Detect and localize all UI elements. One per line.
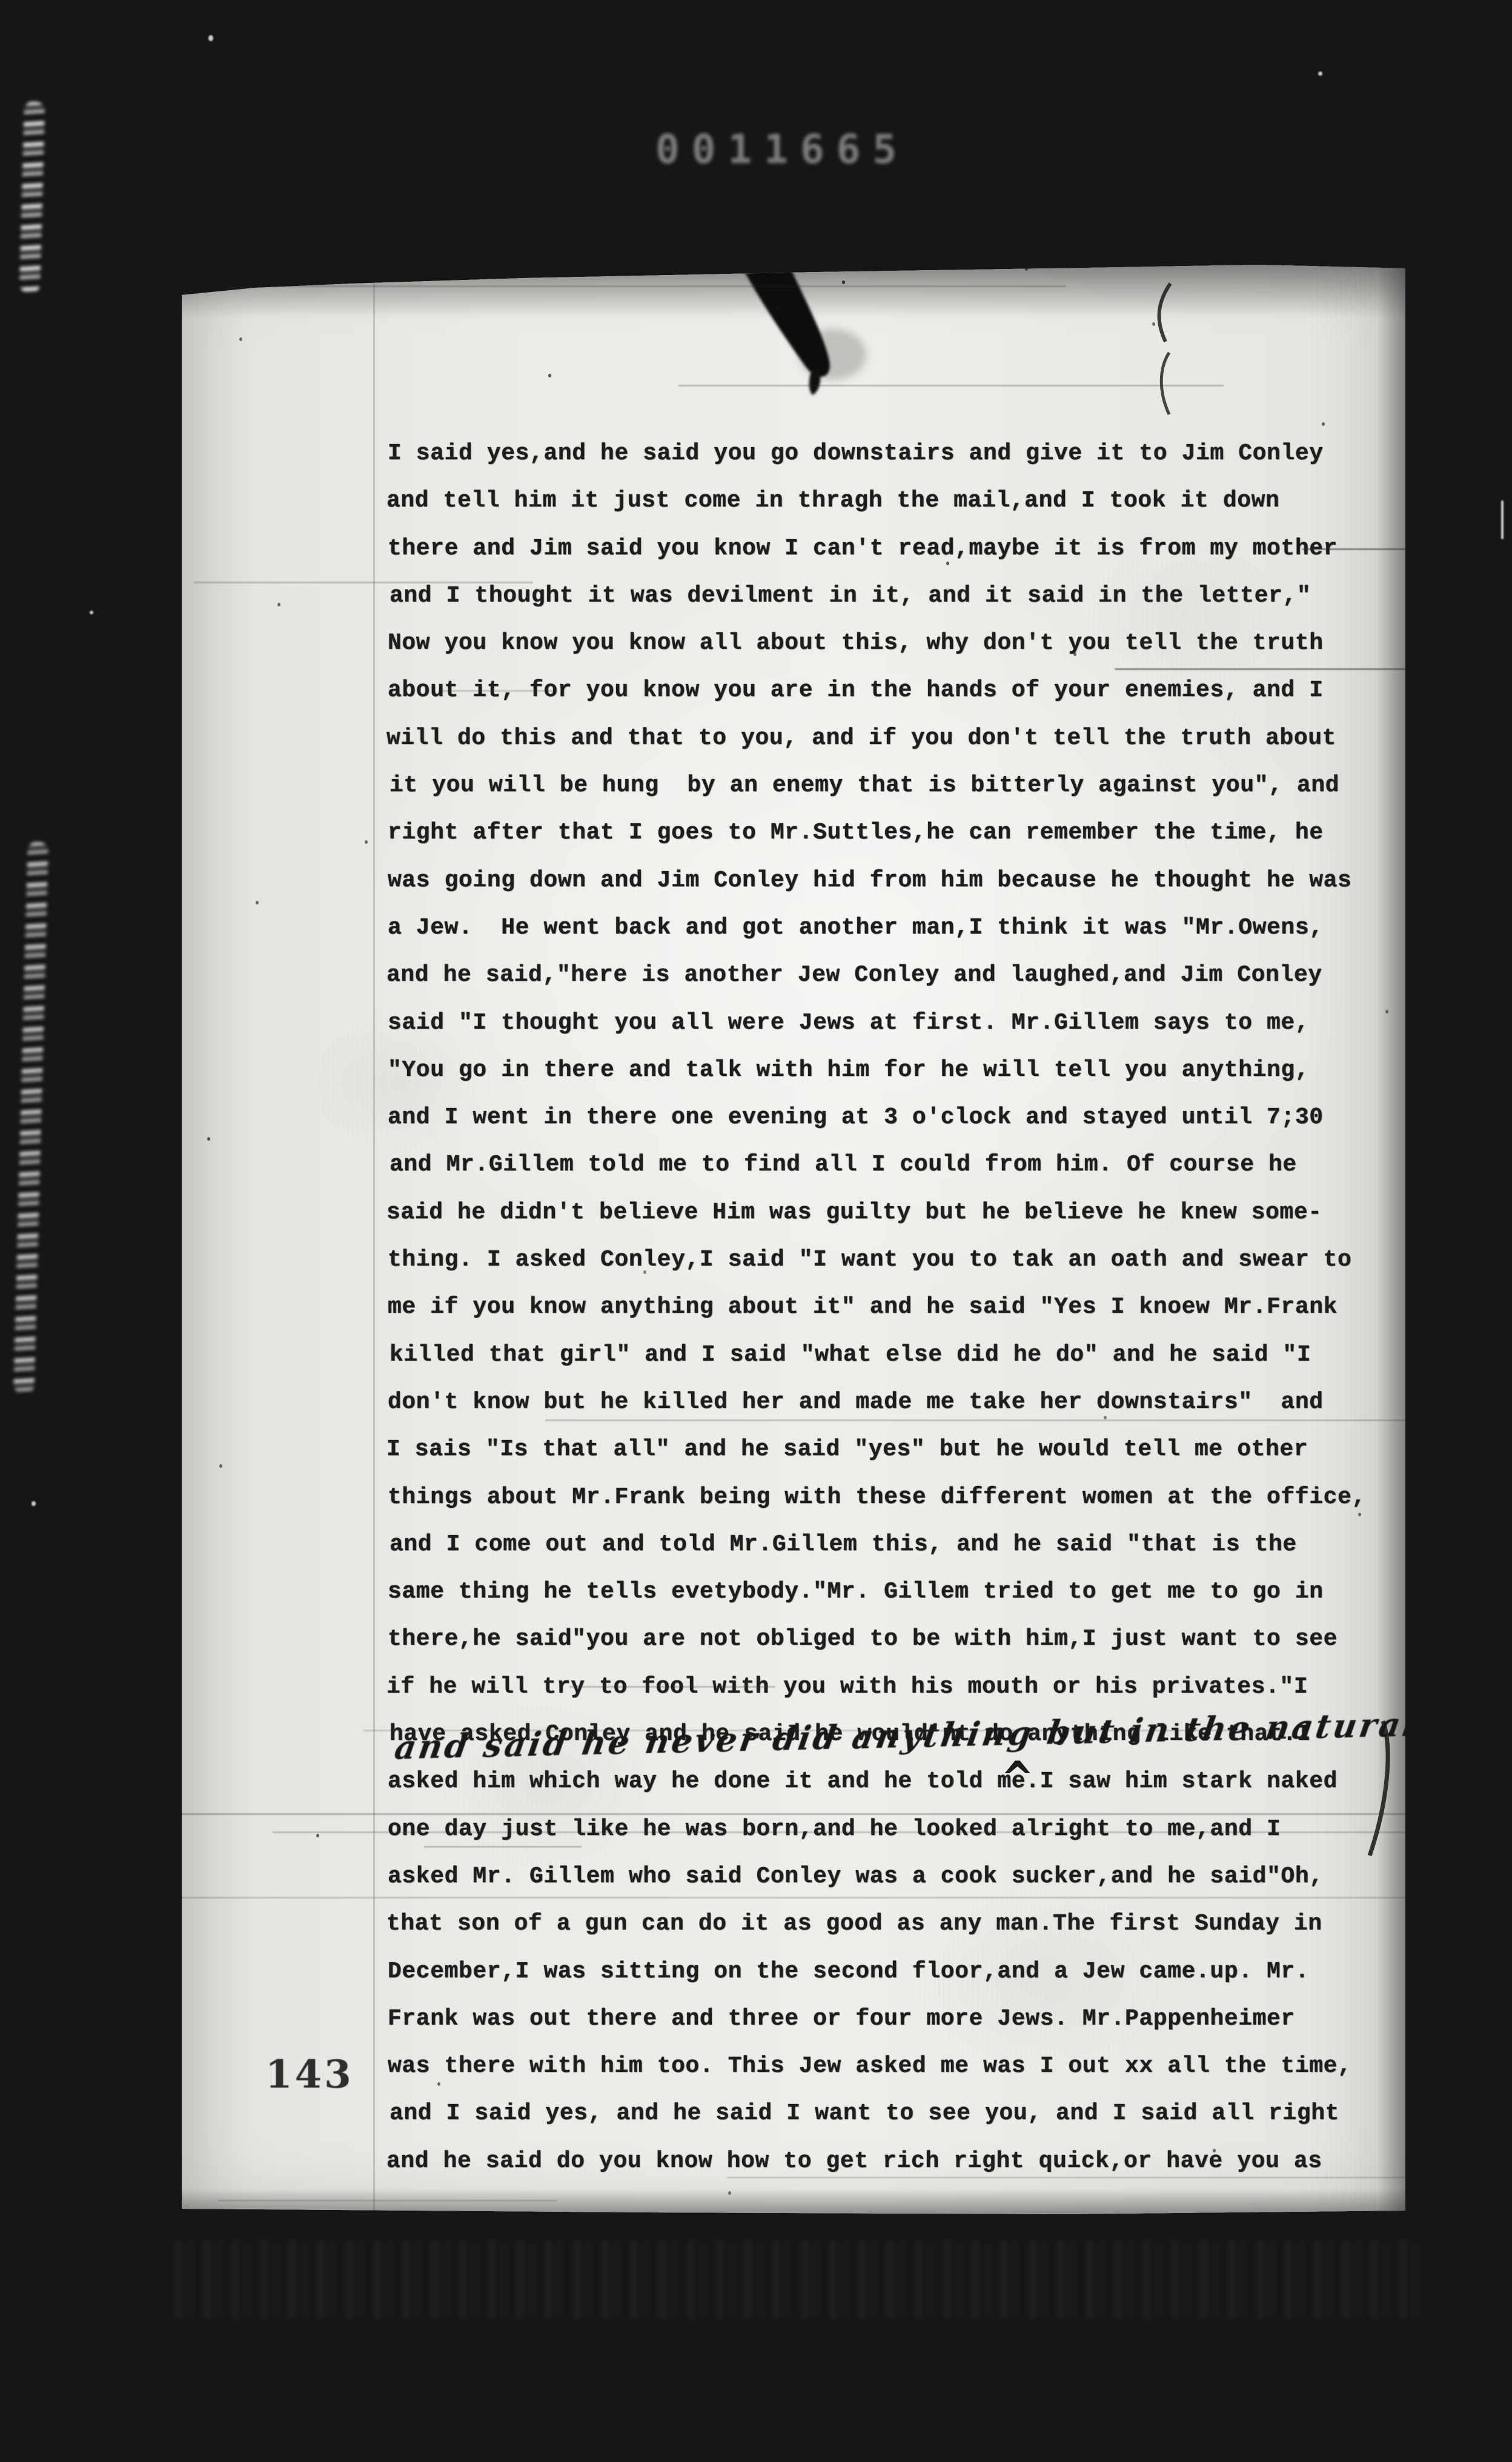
scratch-line — [545, 1419, 1405, 1421]
typed-line: a Jew. He went back and got another man,… — [388, 904, 1405, 952]
typed-line: asked him which way he done it and he to… — [388, 1758, 1405, 1805]
film-speck — [90, 611, 93, 614]
insertion-caret-mark: ^ — [1001, 1751, 1034, 1805]
document-page: I said yes,and he said you go downstairs… — [182, 264, 1405, 2214]
typed-line: Now you know you know all about this, wh… — [388, 620, 1405, 667]
typed-line: and tell him it just come in thragh the … — [386, 477, 1404, 525]
handwriting-flourish — [1330, 1717, 1396, 1863]
film-speck — [208, 35, 213, 41]
typed-text-block: I said yes,and he said you go downstairs… — [388, 430, 1405, 2185]
typed-line: "You go in there and talk with him for h… — [388, 1047, 1405, 1094]
ghost-text-band — [176, 2240, 1424, 2319]
typed-line: was going down and Jim Conley hid from h… — [388, 857, 1405, 904]
film-edge-writing-mark — [19, 102, 45, 293]
underline-mark — [569, 1686, 775, 1688]
scratch-line — [442, 690, 557, 692]
typed-line: and I thought it was devilment in it, an… — [390, 572, 1407, 620]
typed-line: right after that I goes to Mr.Suttles,he… — [388, 809, 1405, 857]
typed-line: things about Mr.Frank being with these d… — [388, 1474, 1405, 1521]
paper-specks — [182, 264, 185, 267]
scratch-line — [194, 582, 533, 583]
microfilm-scan-frame: 0011665 I said yes,and he said you go do… — [0, 0, 1512, 2462]
typed-line: me if you know anything about it" and he… — [388, 1284, 1405, 1331]
page-number: 143 — [265, 2052, 354, 2097]
film-edge-writing-mark — [13, 842, 48, 1394]
scratch-line — [363, 1730, 1284, 1731]
scratch-line — [678, 385, 1224, 387]
typed-line: I sais "Is that all" and he said "yes" b… — [386, 1426, 1404, 1473]
typed-line: same thing he tells evetybody."Mr. Gille… — [388, 1568, 1405, 1616]
film-frame-counter-stamp: 0011665 — [655, 126, 909, 173]
typed-line: will do this and that to you, and if you… — [386, 715, 1404, 762]
typed-line: December,I was sitting on the second flo… — [388, 1948, 1405, 1996]
typed-line: killed that girl" and I said "what else … — [390, 1332, 1407, 1379]
typed-line: and I went in there one evening at 3 o'c… — [388, 1094, 1405, 1141]
scratch-line — [182, 1813, 1405, 1815]
scratch-line — [273, 1831, 1405, 1833]
underline-mark — [424, 1846, 582, 1848]
typed-line: I said yes,and he said you go downstairs… — [388, 430, 1405, 477]
scratch-line — [218, 285, 1066, 287]
scratch-line — [1302, 548, 1405, 550]
typed-line: it you will be hung by an enemy that is … — [390, 762, 1407, 809]
typed-line: and Mr.Gillem told me to find all I coul… — [390, 1141, 1407, 1189]
typed-line: asked Mr. Gillem who said Conley was a c… — [388, 1853, 1405, 1900]
typed-line: Frank was out there and three or four mo… — [388, 1996, 1405, 2043]
typed-line: was there with him too. This Jew asked m… — [388, 2043, 1405, 2090]
typed-line: and he said,"here is another Jew Conley … — [386, 952, 1404, 999]
typed-line: and I come out and told Mr.Gillem this, … — [390, 1521, 1407, 1568]
typed-line: thing. I asked Conley,I said "I want you… — [388, 1236, 1405, 1284]
typed-line: there and Jim said you know I can't read… — [388, 525, 1405, 572]
scratch-line — [218, 2200, 557, 2202]
film-speck — [31, 1501, 36, 1506]
vertical-fold-line — [373, 264, 375, 2214]
typed-line: and I said yes, and he said I want to se… — [390, 2090, 1407, 2137]
typed-line: there,he said"you are not obliged to be … — [388, 1616, 1405, 1663]
typed-line: said he didn't believe Him was guilty bu… — [386, 1189, 1404, 1236]
scratch-line — [182, 1897, 1405, 1899]
pen-scratch-marks — [1139, 279, 1193, 424]
typed-line: if he will try to fool with you with his… — [386, 1664, 1404, 1711]
scratch-line — [1115, 668, 1405, 670]
film-edge-scratch — [1501, 500, 1504, 539]
film-speck — [1318, 71, 1322, 76]
typed-line: that son of a gun can do it as good as a… — [386, 1900, 1404, 1948]
typed-line: said "I thought you all were Jews at fir… — [388, 1000, 1405, 1047]
scratch-line — [727, 2177, 1405, 2178]
